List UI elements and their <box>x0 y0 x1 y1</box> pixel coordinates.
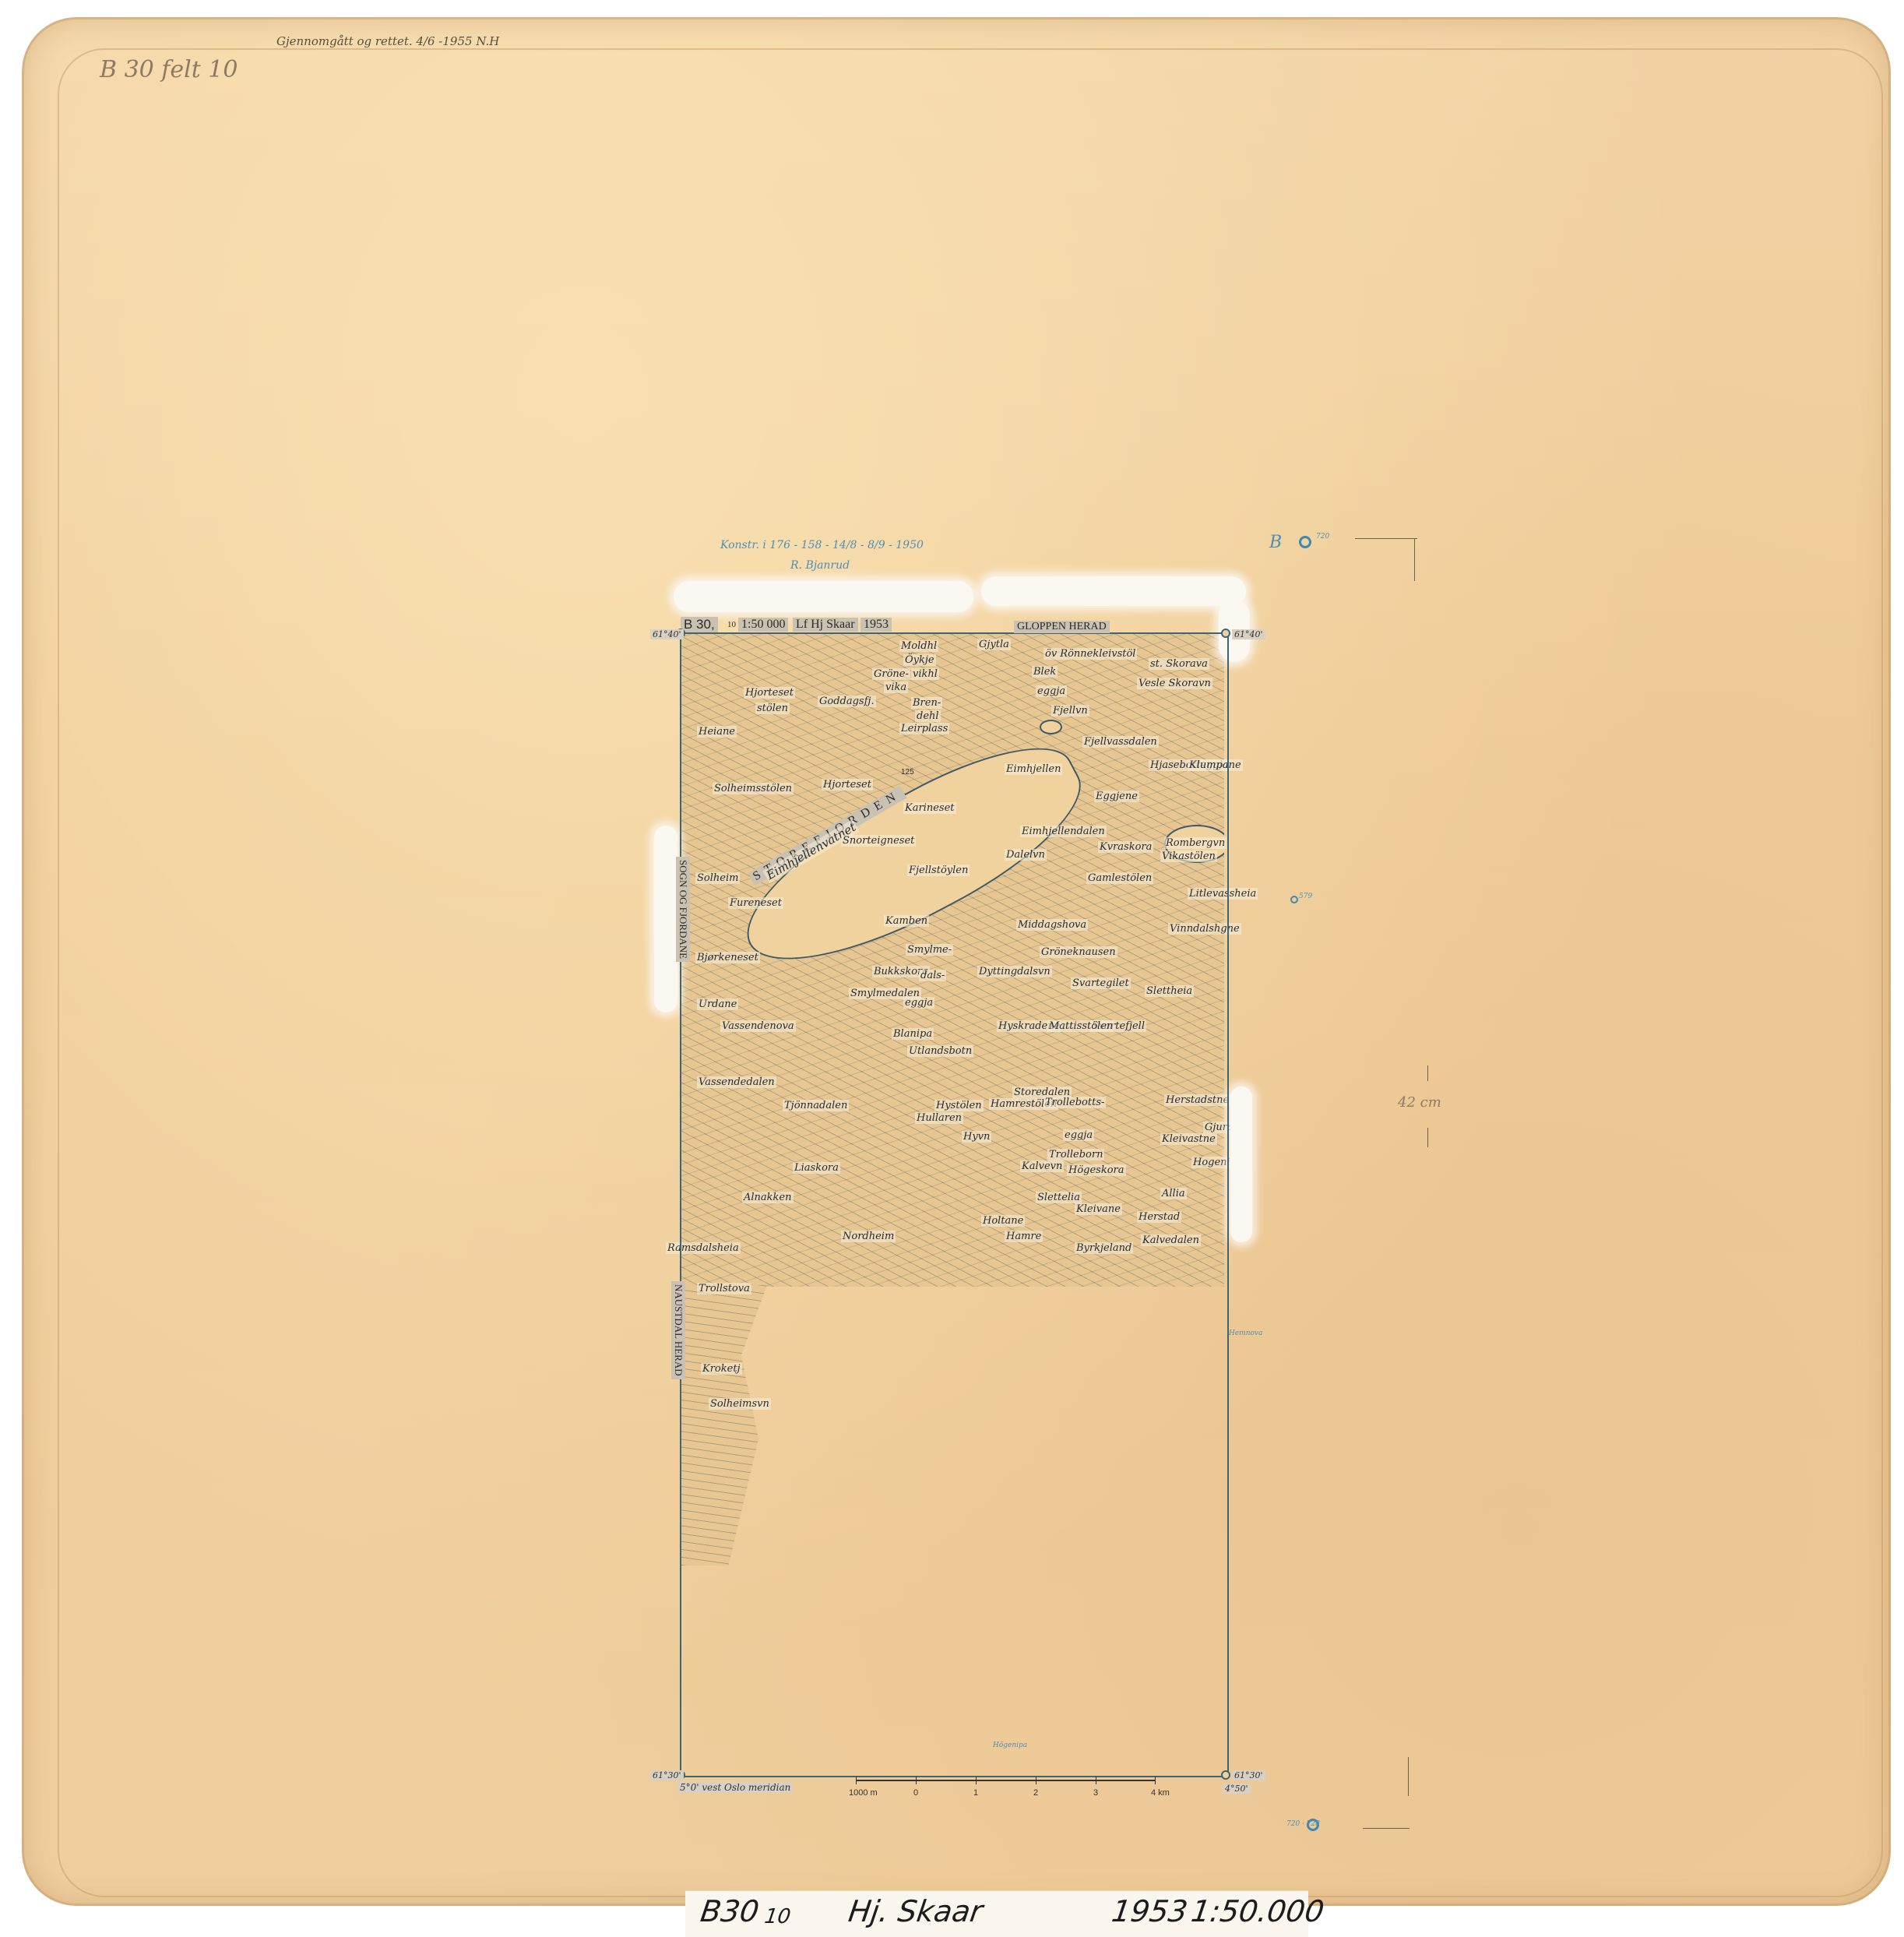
correction-patch <box>674 581 973 612</box>
scale-label: 0 <box>913 1788 918 1798</box>
corner-marker-bottom-right <box>1221 1770 1230 1780</box>
measure-line-bottom <box>1363 1828 1410 1829</box>
construction-signature: R. Bjanrud <box>790 559 850 572</box>
label-sheet: B30 <box>699 1894 762 1928</box>
label-year: 1953 <box>1110 1894 1190 1928</box>
scale-label: 1000 m <box>849 1788 878 1798</box>
construction-note: Konstr. i 176 - 158 - 14/8 - 8/9 - 1950 <box>720 539 924 551</box>
county-left-label: SOGN OG FJORDANE <box>676 857 690 962</box>
header-part: 10 <box>724 620 739 629</box>
measure-line-top <box>1355 538 1417 539</box>
survey-point-icon <box>1290 896 1298 903</box>
bottom-label-strip: B30 10 Hj. Skaar 1953 1:50.000 <box>685 1890 1308 1937</box>
stamp-right-1: 579 <box>1299 893 1312 900</box>
side-letter: B <box>1269 533 1282 552</box>
header-sheet: B 30, <box>681 617 718 632</box>
scale-label: 4 km <box>1151 1788 1170 1798</box>
note-right-frame: Hemnova <box>1229 1329 1262 1337</box>
arrow-up-icon <box>1414 538 1415 581</box>
municipality-top-label: GLOPPEN HERAD <box>1014 621 1110 633</box>
label-part: 10 <box>763 1905 792 1928</box>
correction-patch <box>654 826 677 1013</box>
measure-tick <box>1427 1128 1428 1147</box>
coord-top-right: 61°40' <box>1232 629 1265 639</box>
scale-label: 3 <box>1093 1788 1098 1798</box>
coord-bottom-right: 61°30' <box>1232 1770 1265 1780</box>
header-surveyor: Lf Hj Skaar <box>793 618 858 632</box>
corner-marker-top-right <box>1221 629 1230 638</box>
coord-bottom-left: 61°30' <box>650 1770 684 1780</box>
stamp-top-right: 720 <box>1316 533 1329 541</box>
correction-patch <box>1230 1086 1252 1242</box>
label-scale: 1:50.000 <box>1189 1894 1326 1928</box>
header-scale: 1:50 000 <box>738 618 788 632</box>
measure-tick <box>1427 1065 1428 1081</box>
municipality-left-label: NAUSTDAL HERAD <box>671 1281 685 1379</box>
correction-patch <box>981 576 1246 606</box>
arrow-down-icon <box>1408 1757 1409 1796</box>
sheet-id-pencil: B 30 felt 10 <box>100 56 238 83</box>
scale-label: 2 <box>1033 1788 1038 1798</box>
measure-label: 42 cm <box>1398 1094 1441 1111</box>
stamp-bottom-right: 720 · 728 <box>1286 1820 1320 1828</box>
header-year: 1953 <box>860 618 892 632</box>
control-point-icon <box>1299 536 1311 548</box>
map-neatline <box>680 632 1229 1777</box>
meridian-note: 5°0' vest Oslo meridian <box>677 1782 793 1793</box>
review-note: Gjennomgått og rettet. 4/6 -1955 N.H <box>276 34 499 48</box>
scale-bar <box>856 1780 1155 1787</box>
coord-top-left: 61°40' <box>650 629 684 639</box>
label-author: Hj. Skaar <box>846 1894 985 1928</box>
scale-label: 1 <box>973 1788 978 1798</box>
coord-bottom-right-lon: 4°50' <box>1223 1784 1251 1794</box>
